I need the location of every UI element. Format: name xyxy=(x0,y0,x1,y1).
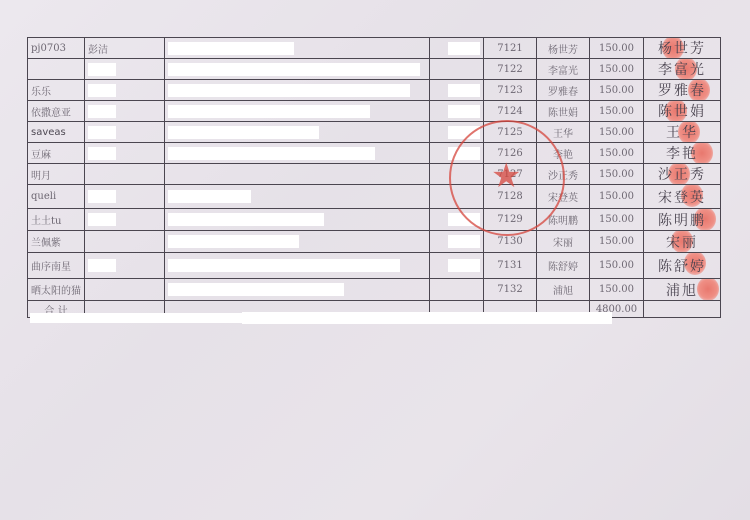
nickname-cell: saveas xyxy=(28,122,85,143)
nickname-cell: 豆麻 xyxy=(28,143,85,164)
id-cell xyxy=(430,231,484,253)
number-cell: 7128 xyxy=(484,185,537,209)
redaction-block xyxy=(88,63,116,76)
nickname-text: 依撒意亚 xyxy=(31,108,71,119)
nickname-text: pj0703 xyxy=(31,43,66,54)
id-cell xyxy=(430,143,484,164)
empty-cell xyxy=(644,301,721,318)
id-cell xyxy=(430,101,484,122)
table-row: 豆麻7126李艳150.00李艳 xyxy=(28,143,721,164)
amount-cell: 150.00 xyxy=(590,164,644,185)
name-cell xyxy=(85,101,165,122)
handwritten-signature: 宋登英 xyxy=(658,190,706,206)
address-cell xyxy=(165,253,430,279)
signature-cell: 陈世娟 xyxy=(644,101,721,122)
redaction-block xyxy=(88,84,116,97)
address-cell xyxy=(165,122,430,143)
number-cell: 7132 xyxy=(484,279,537,301)
table-row: pj0703彭洁7121杨世芳150.00杨世芳 xyxy=(28,38,721,59)
name-cell xyxy=(85,253,165,279)
address-cell xyxy=(165,101,430,122)
nickname-cell: queli xyxy=(28,185,85,209)
amount-cell: 150.00 xyxy=(590,209,644,231)
address-cell xyxy=(165,279,430,301)
address-cell xyxy=(165,164,430,185)
payee-cell: 浦旭 xyxy=(537,279,590,301)
redaction-block xyxy=(168,235,299,248)
id-cell xyxy=(430,253,484,279)
redaction-block xyxy=(448,84,480,97)
number-cell: 7122 xyxy=(484,59,537,80)
id-cell xyxy=(430,59,484,80)
name-cell xyxy=(85,122,165,143)
payee-cell: 陈舒婷 xyxy=(537,253,590,279)
handwritten-signature: 浦旭 xyxy=(666,283,698,299)
nickname-cell: 曲序南星 xyxy=(28,253,85,279)
amount-cell: 150.00 xyxy=(590,122,644,143)
table-row: 兰佩紫7130宋丽150.00宋丽 xyxy=(28,231,721,253)
redacted-note xyxy=(30,313,242,323)
table-row: 乐乐7123罗雅春150.00罗雅春 xyxy=(28,80,721,101)
table-row: 7122李富光150.00李富光 xyxy=(28,59,721,80)
number-cell: 7130 xyxy=(484,231,537,253)
table-row: queli7128宋登英150.00宋登英 xyxy=(28,185,721,209)
redaction-block xyxy=(168,63,420,76)
signature-cell: 浦旭 xyxy=(644,279,721,301)
signature-cell: 宋丽 xyxy=(644,231,721,253)
redaction-block xyxy=(168,283,344,296)
redaction-block xyxy=(88,147,116,160)
scanned-document: pj0703彭洁7121杨世芳150.00杨世芳7122李富光150.00李富光… xyxy=(0,0,750,520)
name-cell xyxy=(85,143,165,164)
table-row: 晒太阳的猫7132浦旭150.00浦旭 xyxy=(28,279,721,301)
number-cell: 7126 xyxy=(484,143,537,164)
name-cell xyxy=(85,80,165,101)
name-cell: 彭洁 xyxy=(85,38,165,59)
number-cell: 7124 xyxy=(484,101,537,122)
address-cell xyxy=(165,231,430,253)
nickname-text: 兰佩紫 xyxy=(31,238,61,249)
id-cell xyxy=(430,122,484,143)
redaction-block xyxy=(168,126,319,139)
handwritten-signature: 罗雅春 xyxy=(658,83,706,99)
amount-cell: 150.00 xyxy=(590,253,644,279)
signature-cell: 罗雅春 xyxy=(644,80,721,101)
payee-cell: 沙正秀 xyxy=(537,164,590,185)
signature-cell: 宋登英 xyxy=(644,185,721,209)
table-row: 依撒意亚7124陈世娟150.00陈世娟 xyxy=(28,101,721,122)
nickname-text: queli xyxy=(31,191,56,202)
name-cell xyxy=(85,279,165,301)
nickname-cell: pj0703 xyxy=(28,38,85,59)
address-cell xyxy=(165,209,430,231)
number-cell: 7123 xyxy=(484,80,537,101)
nickname-cell: 晒太阳的猫 xyxy=(28,279,85,301)
redaction-block xyxy=(448,105,480,118)
table-row: 曲序南星7131陈舒婷150.00陈舒婷 xyxy=(28,253,721,279)
number-cell: 7121 xyxy=(484,38,537,59)
name-cell xyxy=(85,209,165,231)
nickname-text: 乐乐 xyxy=(31,87,51,98)
id-cell xyxy=(430,279,484,301)
handwritten-signature: 李艳 xyxy=(666,146,698,162)
nickname-cell: 兰佩紫 xyxy=(28,231,85,253)
redaction-block xyxy=(448,213,480,226)
signature-cell: 陈舒婷 xyxy=(644,253,721,279)
signature-cell: 李富光 xyxy=(644,59,721,80)
signature-cell: 王华 xyxy=(644,122,721,143)
handwritten-signature: 王华 xyxy=(666,125,698,141)
redaction-block xyxy=(168,84,410,97)
nickname-text: 土土tu xyxy=(31,216,61,227)
nickname-cell: 土土tu xyxy=(28,209,85,231)
redaction-block xyxy=(168,190,251,203)
number-cell: 7131 xyxy=(484,253,537,279)
id-cell xyxy=(430,209,484,231)
redaction-block xyxy=(88,213,116,226)
redaction-block xyxy=(448,42,480,55)
nickname-cell: 依撒意亚 xyxy=(28,101,85,122)
redaction-block xyxy=(448,126,480,139)
redaction-block xyxy=(88,259,116,272)
number-cell: 7125 xyxy=(484,122,537,143)
redaction-block xyxy=(88,190,116,203)
nickname-cell xyxy=(28,59,85,80)
amount-cell: 150.00 xyxy=(590,143,644,164)
payee-cell: 李艳 xyxy=(537,143,590,164)
handwritten-signature: 陈世娟 xyxy=(658,104,706,120)
name-cell xyxy=(85,231,165,253)
amount-cell: 150.00 xyxy=(590,101,644,122)
payee-cell: 宋登英 xyxy=(537,185,590,209)
id-cell xyxy=(430,164,484,185)
nickname-cell: 乐乐 xyxy=(28,80,85,101)
amount-cell: 150.00 xyxy=(590,231,644,253)
name-cell xyxy=(85,164,165,185)
handwritten-signature: 李富光 xyxy=(658,62,706,78)
address-cell xyxy=(165,59,430,80)
payee-cell: 陈世娟 xyxy=(537,101,590,122)
payee-cell: 李富光 xyxy=(537,59,590,80)
id-cell xyxy=(430,185,484,209)
redaction-block xyxy=(168,213,324,226)
nickname-text: 豆麻 xyxy=(31,150,51,161)
redacted-note xyxy=(242,312,612,324)
table-row: 明月7127沙正秀150.00沙正秀 xyxy=(28,164,721,185)
id-cell xyxy=(430,38,484,59)
payee-cell: 罗雅春 xyxy=(537,80,590,101)
nickname-cell: 明月 xyxy=(28,164,85,185)
signature-cell: 沙正秀 xyxy=(644,164,721,185)
amount-cell: 150.00 xyxy=(590,80,644,101)
signature-cell: 杨世芳 xyxy=(644,38,721,59)
table-row: saveas7125王华150.00王华 xyxy=(28,122,721,143)
payee-cell: 陈明鹏 xyxy=(537,209,590,231)
handwritten-signature: 杨世芳 xyxy=(658,41,706,57)
payment-table: pj0703彭洁7121杨世芳150.00杨世芳7122李富光150.00李富光… xyxy=(27,37,721,318)
handwritten-signature: 陈舒婷 xyxy=(658,259,706,275)
name-cell xyxy=(85,59,165,80)
id-cell xyxy=(430,80,484,101)
redaction-block xyxy=(168,42,294,55)
handwritten-signature: 沙正秀 xyxy=(658,167,706,183)
name-text: 彭洁 xyxy=(88,45,108,56)
signature-cell: 陈明鹏 xyxy=(644,209,721,231)
redaction-block xyxy=(168,259,400,272)
redaction-block xyxy=(88,126,116,139)
handwritten-signature: 宋丽 xyxy=(666,235,698,251)
nickname-text: 明月 xyxy=(31,171,51,182)
address-cell xyxy=(165,38,430,59)
number-cell: 7127 xyxy=(484,164,537,185)
payee-cell: 宋丽 xyxy=(537,231,590,253)
address-cell xyxy=(165,185,430,209)
redaction-block xyxy=(88,105,116,118)
nickname-text: saveas xyxy=(31,127,66,138)
amount-cell: 150.00 xyxy=(590,59,644,80)
redaction-block xyxy=(448,235,480,248)
amount-cell: 150.00 xyxy=(590,279,644,301)
redaction-block xyxy=(448,259,480,272)
redaction-block xyxy=(168,147,375,160)
nickname-text: 曲序南星 xyxy=(31,262,71,273)
thumbprint-icon xyxy=(697,279,719,301)
name-cell xyxy=(85,185,165,209)
address-cell xyxy=(165,143,430,164)
amount-cell: 150.00 xyxy=(590,38,644,59)
redaction-block xyxy=(168,105,370,118)
handwritten-signature: 陈明鹏 xyxy=(658,213,706,229)
signature-cell: 李艳 xyxy=(644,143,721,164)
address-cell xyxy=(165,80,430,101)
payee-cell: 王华 xyxy=(537,122,590,143)
redaction-block xyxy=(448,147,480,160)
number-cell: 7129 xyxy=(484,209,537,231)
nickname-text: 晒太阳的猫 xyxy=(31,286,81,297)
payee-cell: 杨世芳 xyxy=(537,38,590,59)
table-row: 土土tu7129陈明鹏150.00陈明鹏 xyxy=(28,209,721,231)
amount-cell: 150.00 xyxy=(590,185,644,209)
